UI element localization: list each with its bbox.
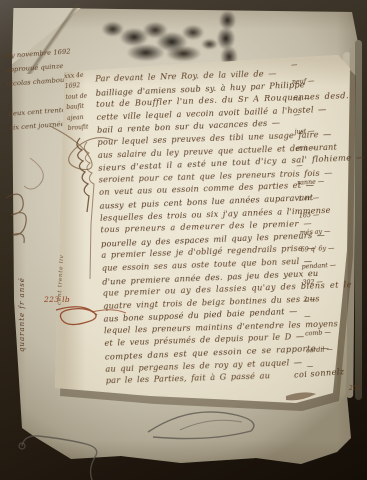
fiscal-stamp-icon bbox=[101, 16, 219, 63]
bottom-right-small-number: 208 bbox=[349, 385, 360, 392]
vertical-margin-note: quarante fr ansé bbox=[18, 232, 26, 352]
edge-word: broufit bbox=[67, 122, 100, 135]
manuscript-photo-scene: oly novembre 1692approuué quinzenicolas … bbox=[0, 0, 367, 480]
red-ink-sum-note: 223 lb bbox=[44, 295, 70, 304]
flourish-loop bbox=[19, 443, 25, 449]
side-stamp-icon bbox=[212, 10, 243, 67]
